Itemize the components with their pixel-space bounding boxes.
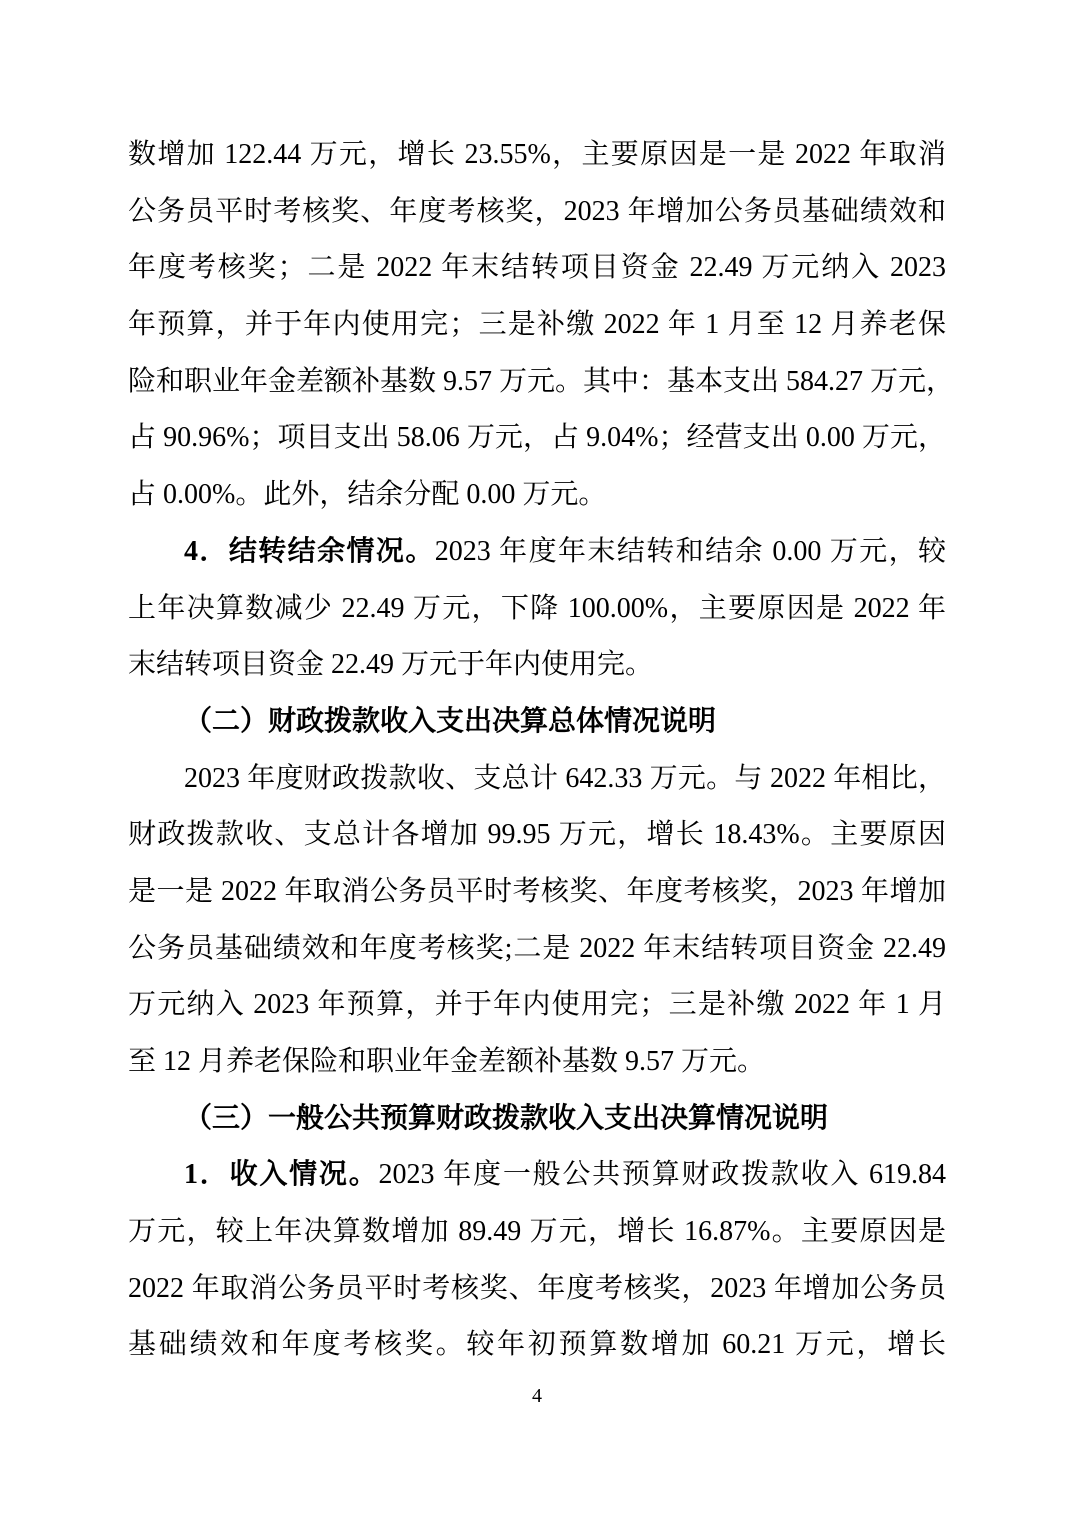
income-item-text: 2023 年度一般公共预算财政拨款收入 619.84: [378, 1159, 946, 1190]
section-heading-3: （三）一般公共预算财政拨款收入支出决算情况说明: [128, 1091, 946, 1148]
carryover-item-text: 2023 年度年末结转和结余 0.00 万元，较: [435, 536, 946, 567]
doc-line-16: 万元纳入 2023 年预算，并于年内使用完；三是补缴 2022 年 1 月: [128, 977, 946, 1034]
income-item-label: 1．收入情况。: [184, 1159, 378, 1190]
doc-line-20: 万元，较上年决算数增加 89.49 万元，增长 16.87%。主要原因是: [128, 1204, 946, 1261]
carryover-item-label: 4．结转结余情况。: [184, 536, 435, 567]
doc-line-6: 占 90.96%；项目支出 58.06 万元，占 9.04%；经营支出 0.00…: [128, 410, 946, 467]
doc-line-17: 至 12 月养老保险和职业年金差额补基数 9.57 万元。: [128, 1034, 946, 1091]
section-heading-2: （二）财政拨款收入支出决算总体情况说明: [128, 694, 946, 751]
doc-line-15: 公务员基础绩效和年度考核奖;二是 2022 年末结转项目资金 22.49: [128, 921, 946, 978]
doc-line-10: 末结转项目资金 22.49 万元于年内使用完。: [128, 637, 946, 694]
doc-line-12: 2023 年度财政拨款收、支总计 642.33 万元。与 2022 年相比，: [128, 751, 946, 808]
document-text-block: 数增加 122.44 万元，增长 23.55%，主要原因是一是 2022 年取消…: [128, 127, 946, 1374]
doc-line-21: 2022 年取消公务员平时考核奖、年度考核奖，2023 年增加公务员: [128, 1261, 946, 1318]
doc-line-4: 年预算，并于年内使用完；三是补缴 2022 年 1 月至 12 月养老保: [128, 297, 946, 354]
doc-line-5: 险和职业年金差额补基数 9.57 万元。其中：基本支出 584.27 万元，: [128, 354, 946, 411]
doc-line-9: 上年决算数减少 22.49 万元，下降 100.00%，主要原因是 2022 年: [128, 581, 946, 638]
doc-line-2: 公务员平时考核奖、年度考核奖，2023 年增加公务员基础绩效和: [128, 184, 946, 241]
doc-line-7: 占 0.00%。此外，结余分配 0.00 万元。: [128, 467, 946, 524]
doc-line-8-carryover-heading: 4．结转结余情况。2023 年度年末结转和结余 0.00 万元，较: [128, 524, 946, 581]
doc-line-19-income-heading: 1．收入情况。2023 年度一般公共预算财政拨款收入 619.84: [128, 1147, 946, 1204]
doc-line-22: 基础绩效和年度考核奖。较年初预算数增加 60.21 万元，增长: [128, 1317, 946, 1374]
document-page: 数增加 122.44 万元，增长 23.55%，主要原因是一是 2022 年取消…: [0, 0, 1074, 1520]
page-number: 4: [0, 1382, 1074, 1410]
doc-line-1: 数增加 122.44 万元，增长 23.55%，主要原因是一是 2022 年取消: [128, 127, 946, 184]
doc-line-14: 是一是 2022 年取消公务员平时考核奖、年度考核奖，2023 年增加: [128, 864, 946, 921]
doc-line-3: 年度考核奖；二是 2022 年末结转项目资金 22.49 万元纳入 2023: [128, 240, 946, 297]
doc-line-13: 财政拨款收、支总计各增加 99.95 万元，增长 18.43%。主要原因: [128, 807, 946, 864]
